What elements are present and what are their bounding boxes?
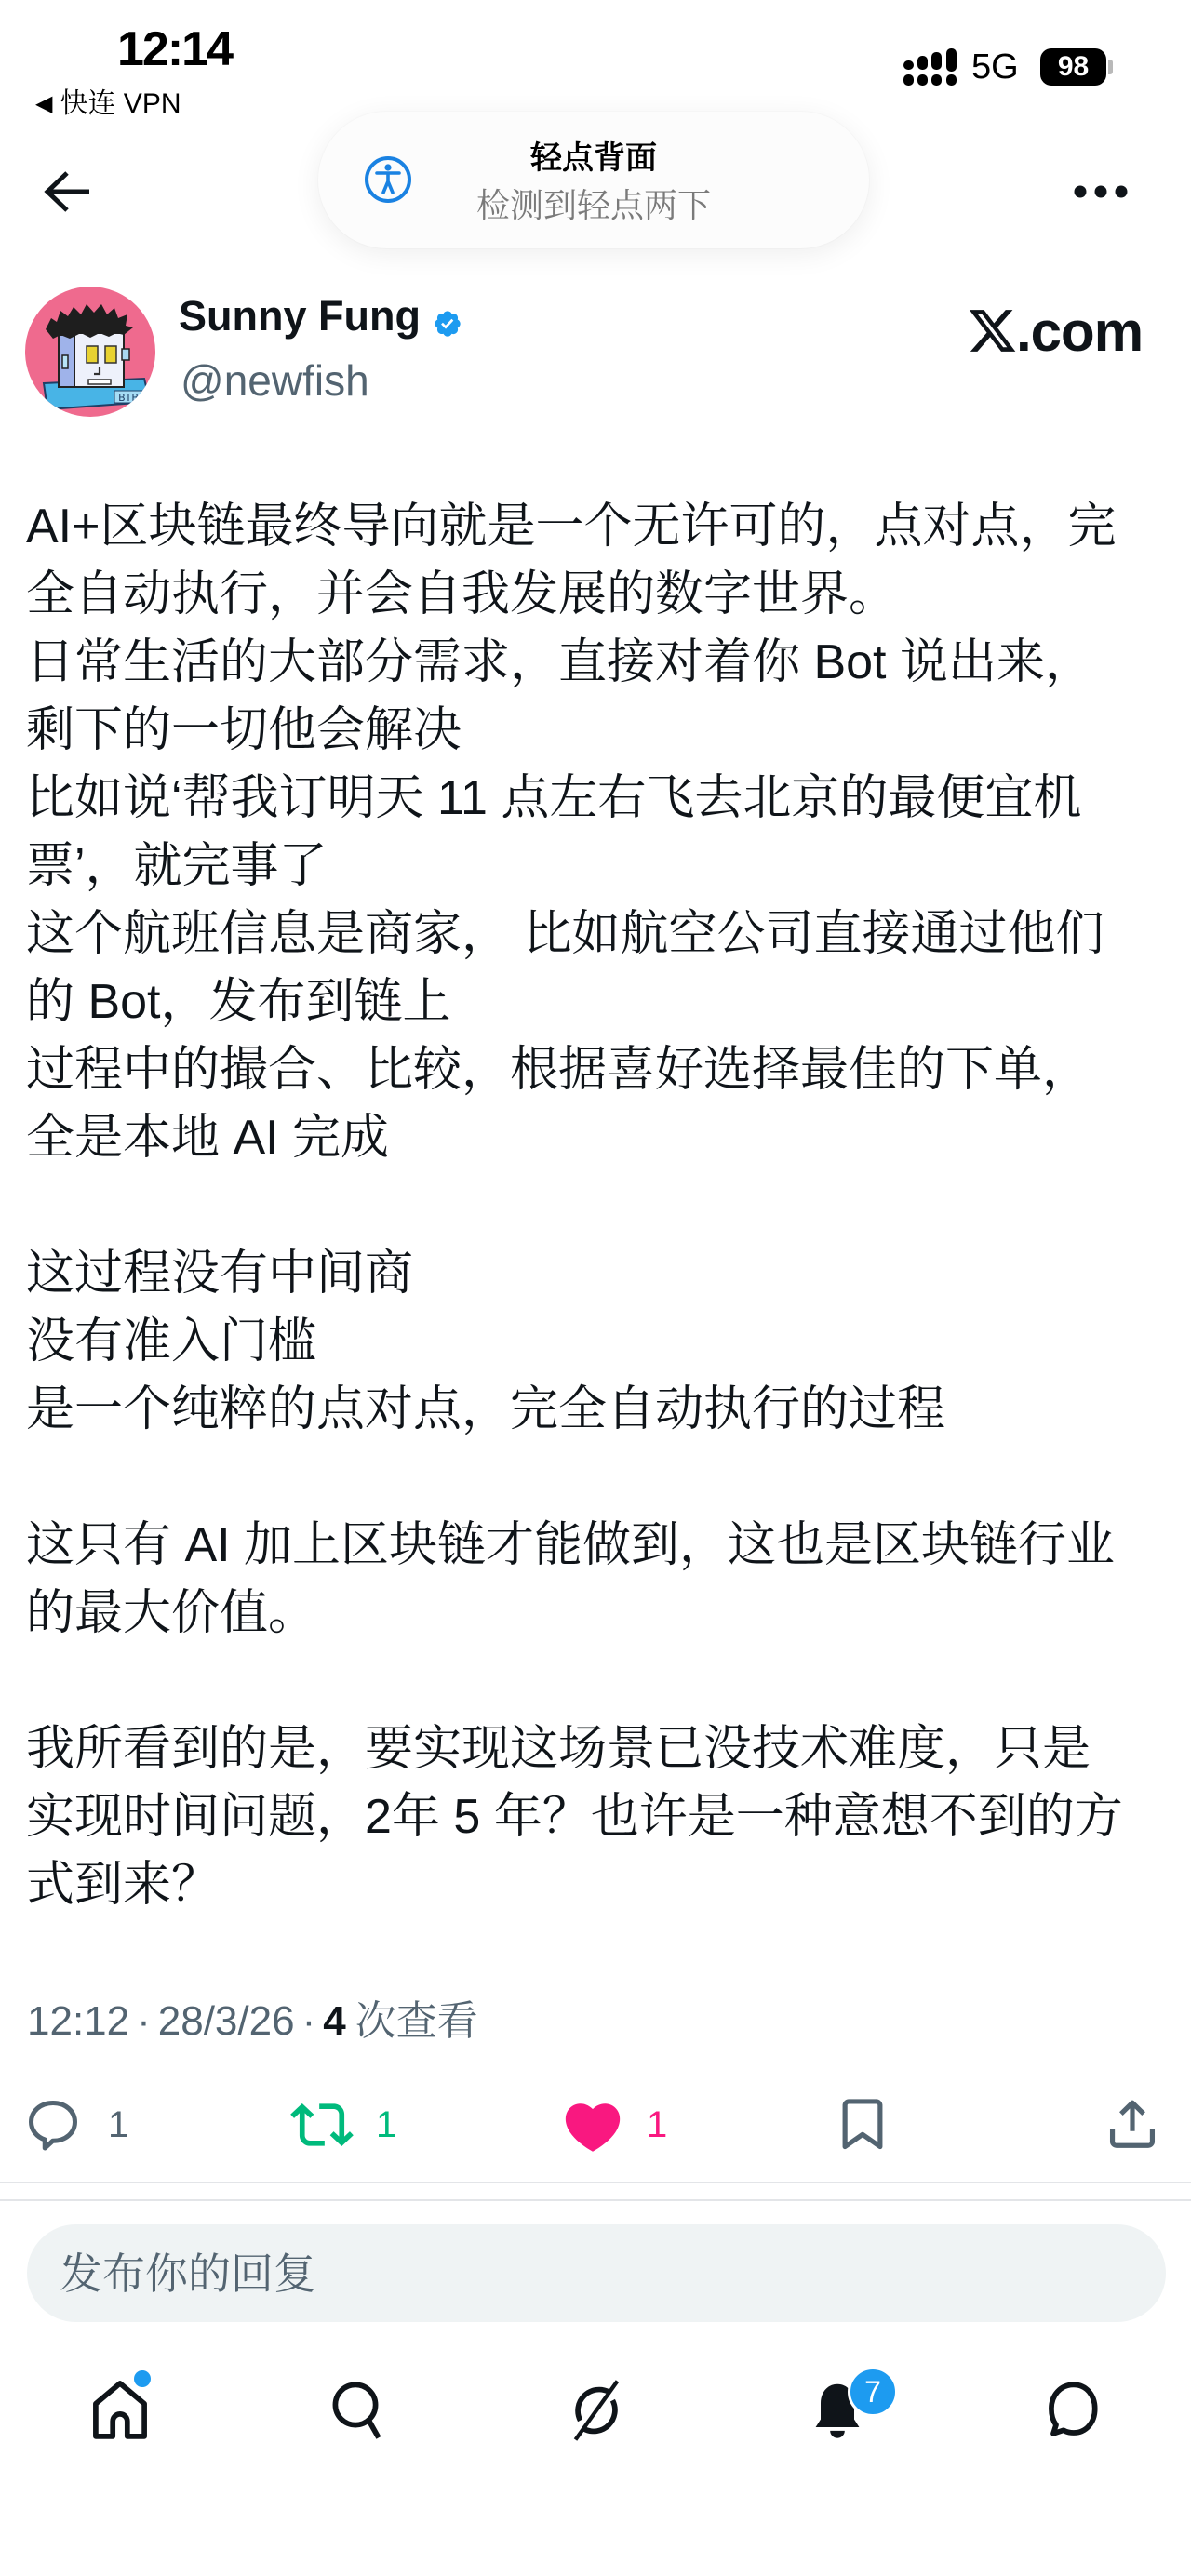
post-date: 28/3/26 bbox=[158, 1998, 295, 2044]
like-count: 1 bbox=[647, 2106, 667, 2143]
repost-button[interactable]: 1 bbox=[288, 2093, 409, 2155]
reply-icon bbox=[25, 2096, 81, 2152]
post-line: 我所看到的是，要实现这场景已没技术难度，只是 bbox=[26, 1715, 1180, 1783]
author-name[interactable]: Sunny Fung bbox=[179, 295, 421, 337]
heart-filled-icon bbox=[560, 2094, 625, 2159]
search-icon bbox=[325, 2377, 392, 2444]
divider bbox=[0, 2182, 1191, 2183]
bookmark-icon[interactable] bbox=[834, 2095, 891, 2153]
post-line-blank bbox=[26, 1172, 1180, 1240]
nav-messages[interactable] bbox=[1039, 2377, 1106, 2444]
back-app-label: 快连 VPN bbox=[60, 88, 181, 119]
post-line-blank bbox=[26, 1444, 1180, 1512]
post-line: 实现时间问题，2年 5 年？也许是一种意想不到的方 bbox=[26, 1783, 1180, 1851]
post-line: 剩下的一切他会解决 bbox=[26, 697, 1180, 765]
arrow-left-icon[interactable] bbox=[43, 170, 91, 213]
network-type: 5G bbox=[971, 47, 1019, 87]
share-icon[interactable] bbox=[1104, 2095, 1161, 2153]
avatar[interactable]: BTB bbox=[25, 287, 155, 417]
banner-subtitle: 检测到轻点两下 bbox=[318, 186, 869, 225]
banner-title: 轻点背面 bbox=[318, 140, 869, 177]
post-line: 是一个纯粹的点对点，完全自动执行的过程 bbox=[26, 1376, 1180, 1444]
reply-composer[interactable] bbox=[27, 2224, 1166, 2322]
views-link[interactable]: 4次查看 bbox=[323, 1998, 477, 2044]
reply-button[interactable]: 1 bbox=[22, 2093, 134, 2155]
post-line: 全是本地 AI 完成 bbox=[26, 1104, 1180, 1172]
post-line-blank bbox=[26, 1648, 1180, 1715]
watermark-text: .com bbox=[1016, 304, 1143, 360]
author-handle[interactable]: @newfish bbox=[181, 359, 369, 402]
meta-separator: · bbox=[137, 1998, 151, 2044]
post-line: 全自动执行，并会自我发展的数字世界。 bbox=[26, 561, 1180, 629]
verified-badge-icon[interactable] bbox=[433, 309, 462, 339]
post-line: 的最大价值。 bbox=[26, 1580, 1180, 1648]
post-line: 日常生活的大部分需求，直接对着你 Bot 说出来， bbox=[26, 629, 1180, 697]
post-text: AI+区块链最终导向就是一个无许可的，点对点，完 全自动执行，并会自我发展的数字… bbox=[26, 493, 1180, 1919]
repost-count: 1 bbox=[376, 2106, 396, 2143]
post-line: 这过程没有中间商 bbox=[26, 1240, 1180, 1308]
back-triangle-icon: ◀ bbox=[35, 91, 52, 116]
post-line: 没有准入门槛 bbox=[26, 1308, 1180, 1376]
views-label: 次查看 bbox=[355, 1998, 478, 2044]
post-line: 过程中的撮合、比较，根据喜好选择最佳的下单， bbox=[26, 1036, 1180, 1104]
post-line: AI+区块链最终导向就是一个无许可的，点对点，完 bbox=[26, 493, 1180, 561]
reply-input[interactable] bbox=[60, 2224, 1139, 2322]
views-count: 4 bbox=[323, 1998, 345, 2044]
cellular-signal-icon bbox=[903, 48, 957, 86]
post-line: 票’，就完事了 bbox=[26, 833, 1180, 901]
divider bbox=[0, 2199, 1191, 2201]
nav-grok[interactable] bbox=[563, 2377, 630, 2444]
battery-indicator: 98 bbox=[1040, 48, 1106, 86]
post-line: 式到来？ bbox=[26, 1851, 1180, 1919]
post-time: 12:12 bbox=[27, 1998, 129, 2044]
meta-separator: · bbox=[302, 1998, 316, 2044]
more-horizontal-icon[interactable] bbox=[1073, 184, 1129, 199]
post-line: 的 Bot，发布到链上 bbox=[26, 968, 1180, 1036]
like-button[interactable]: 1 bbox=[560, 2093, 681, 2155]
svg-text:BTB: BTB bbox=[118, 392, 139, 404]
post-line: 这只有 AI 加上区块链才能做到，这也是区块链行业 bbox=[26, 1512, 1180, 1580]
reply-count: 1 bbox=[108, 2106, 128, 2143]
grok-icon bbox=[563, 2377, 630, 2444]
back-tap-notification[interactable]: 轻点背面 检测到轻点两下 bbox=[318, 112, 869, 248]
status-time: 12:14 bbox=[117, 24, 232, 74]
notifications-badge: 7 bbox=[848, 2367, 898, 2417]
battery-nub bbox=[1108, 60, 1113, 74]
status-bar: 12:14 ◀快连 VPN 5G 98 bbox=[0, 0, 1191, 130]
back-to-app-link[interactable]: ◀快连 VPN bbox=[35, 86, 181, 123]
repost-icon bbox=[290, 2093, 354, 2156]
post-line: 这个航班信息是商家， 比如航空公司直接通过他们 bbox=[26, 901, 1180, 968]
x-logo-icon bbox=[967, 305, 1018, 356]
nav-explore[interactable] bbox=[325, 2377, 392, 2444]
post-line: 比如说‘帮我订明天 11 点左右飞去北京的最便宜机 bbox=[26, 765, 1180, 833]
messages-icon bbox=[1039, 2377, 1106, 2444]
post-meta: 12:12·28/3/26·4次查看 bbox=[27, 2001, 478, 2042]
home-unread-dot bbox=[134, 2370, 151, 2387]
